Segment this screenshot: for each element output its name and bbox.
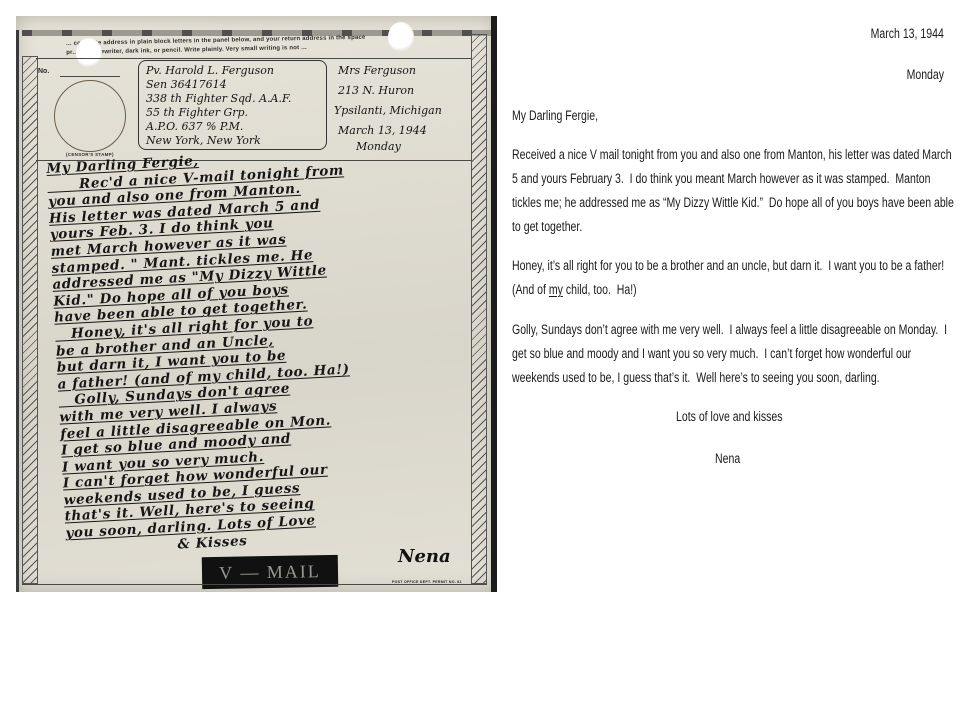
- paragraph-line: get so blue and moody and I want you so …: [512, 342, 944, 366]
- letter-paragraph-1: Received a nice V mail tonight from you …: [512, 143, 944, 239]
- letter-day: Monday: [907, 67, 944, 82]
- paragraph-line: to get together.: [512, 215, 944, 239]
- paragraph-line: 5 and yours February 3. I do think you m…: [512, 167, 944, 191]
- handwritten-signature: Nena: [398, 546, 451, 567]
- from-address-line: 213 N. Huron: [338, 84, 414, 98]
- vmail-letter-scan: ... complete address in plain block lett…: [16, 16, 497, 592]
- letter-salutation: My Darling Fergie,: [512, 108, 598, 123]
- from-address-line: March 13, 1944: [338, 124, 427, 138]
- form-number-label: No.: [38, 68, 49, 75]
- letter-closing: Lots of love and kisses: [676, 409, 783, 424]
- to-address-line: 55 th Fighter Grp.: [146, 106, 248, 120]
- paragraph-line: (And of my child, too. Ha!): [512, 278, 944, 302]
- to-address-line: Sen 36417614: [146, 78, 227, 92]
- form-rule-bottom: [22, 584, 487, 585]
- paragraph-line: Received a nice V mail tonight from you …: [512, 143, 944, 167]
- letter-date: March 13, 1944: [871, 26, 944, 41]
- scan-edge-left: [16, 30, 19, 592]
- paragraph-line: Honey, it’s all right for you to be a br…: [512, 254, 944, 278]
- paragraph-line: weekends used to be, I guess that’s it. …: [512, 366, 944, 390]
- censor-stamp-circle: [54, 80, 126, 152]
- to-address-line: 338 th Fighter Sqd. A.A.F.: [146, 92, 291, 106]
- form-number-line: [60, 76, 120, 77]
- text-span: (And of: [512, 282, 549, 297]
- letter-paragraph-2: Honey, it’s all right for you to be a br…: [512, 254, 944, 302]
- typed-transcription: March 13, 1944 Monday My Darling Fergie,…: [512, 0, 944, 720]
- text-span: child, too. Ha!): [563, 282, 637, 297]
- paragraph-line: tickles me; he addressed me as “My Dizzy…: [512, 191, 944, 215]
- letter-signature: Nena: [715, 451, 740, 466]
- censor-stamp-label: (CENSOR'S STAMP): [66, 152, 114, 157]
- from-address-line: Mrs Ferguson: [338, 64, 416, 78]
- to-address-line: Pv. Harold L. Ferguson: [146, 64, 274, 78]
- punch-hole-right-icon: [388, 22, 414, 52]
- to-address-line: New York, New York: [146, 134, 261, 148]
- paragraph-line: Golly, Sundays don’t agree with me very …: [512, 318, 944, 342]
- from-address-line: Ypsilanti, Michigan: [334, 104, 442, 118]
- hatched-margin-left: [22, 56, 38, 584]
- punch-hole-left-icon: [76, 38, 102, 68]
- to-address-line: A.P.O. 637 % P.M.: [146, 120, 243, 134]
- underlined-word: my: [549, 282, 563, 297]
- form-instructions: ... complete address in plain block lett…: [66, 32, 426, 58]
- handwritten-letter-body: My Darling Fergie, Rec'd a nice V-mail t…: [46, 138, 497, 559]
- form-rule-top: [36, 58, 471, 59]
- letter-paragraph-3: Golly, Sundays don’t agree with me very …: [512, 318, 944, 390]
